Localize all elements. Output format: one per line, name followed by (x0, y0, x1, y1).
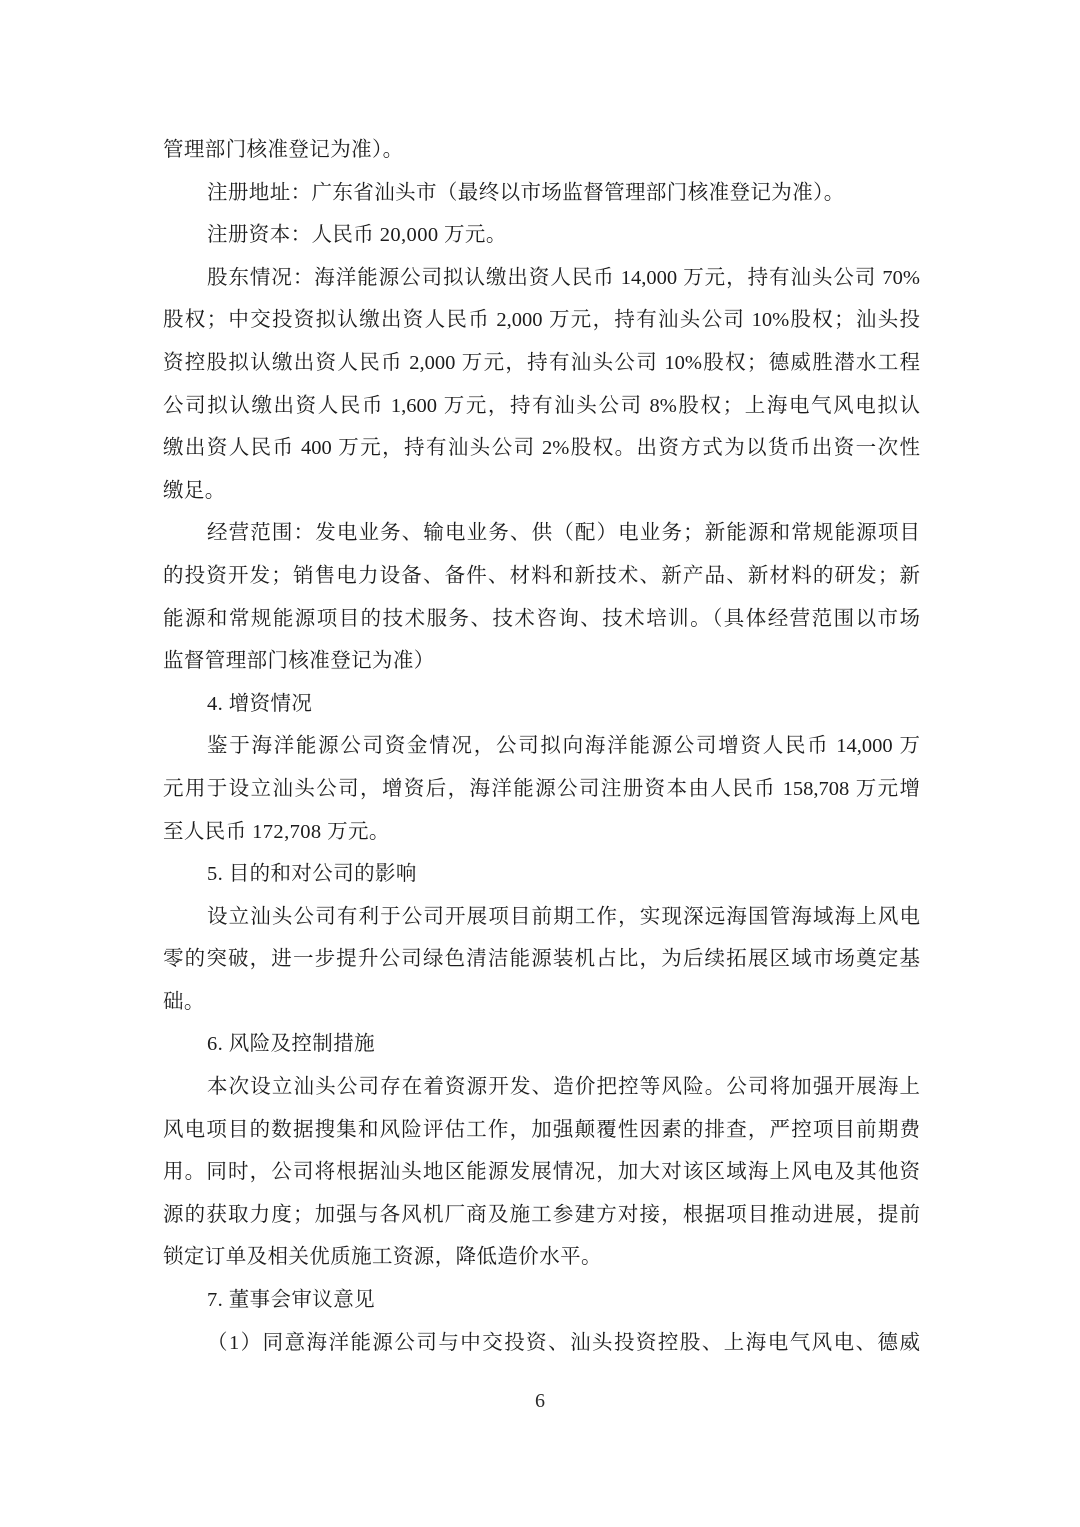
text-line: 6. 风险及控制措施 (163, 1023, 920, 1066)
text-line: 4. 增资情况 (163, 683, 920, 726)
text-line: 7. 董事会审议意见 (163, 1279, 920, 1322)
text-line: 设立汕头公司有利于公司开展项目前期工作，实现深远海国管海域海上风电 (163, 896, 920, 939)
document-body: 管理部门核准登记为准）。注册地址：广东省汕头市（最终以市场监督管理部门核准登记为… (163, 129, 920, 1364)
document-page: 管理部门核准登记为准）。注册地址：广东省汕头市（最终以市场监督管理部门核准登记为… (0, 0, 1080, 1527)
text-line: 本次设立汕头公司存在着资源开发、造价把控等风险。公司将加强开展海上 (163, 1066, 920, 1109)
text-line: 注册地址：广东省汕头市（最终以市场监督管理部门核准登记为准）。 (163, 172, 920, 215)
text-line: 零的突破，进一步提升公司绿色清洁能源装机占比，为后续拓展区域市场奠定基 (163, 938, 920, 981)
text-line: 元用于设立汕头公司，增资后，海洋能源公司注册资本由人民币 158,708 万元增 (163, 768, 920, 811)
text-line: 资控股拟认缴出资人民币 2,000 万元，持有汕头公司 10%股权；德威胜潜水工… (163, 342, 920, 385)
text-line: 础。 (163, 981, 920, 1024)
page-footer: 6 (0, 1390, 1080, 1413)
text-line: 锁定订单及相关优质施工资源，降低造价水平。 (163, 1236, 920, 1279)
text-line: 股东情况：海洋能源公司拟认缴出资人民币 14,000 万元，持有汕头公司 70% (163, 257, 920, 300)
text-line: 缴出资人民币 400 万元，持有汕头公司 2%股权。出资方式为以货币出资一次性 (163, 427, 920, 470)
text-line: 的投资开发；销售电力设备、备件、材料和新技术、新产品、新材料的研发；新 (163, 555, 920, 598)
text-line: 用。同时，公司将根据汕头地区能源发展情况，加大对该区域海上风电及其他资 (163, 1151, 920, 1194)
page-number: 6 (535, 1390, 545, 1412)
text-line: 至人民币 172,708 万元。 (163, 811, 920, 854)
text-line: 鉴于海洋能源公司资金情况，公司拟向海洋能源公司增资人民币 14,000 万 (163, 725, 920, 768)
text-line: 缴足。 (163, 470, 920, 513)
text-line: 5. 目的和对公司的影响 (163, 853, 920, 896)
text-line: 注册资本：人民币 20,000 万元。 (163, 214, 920, 257)
text-line: 管理部门核准登记为准）。 (163, 129, 920, 172)
text-line: （1）同意海洋能源公司与中交投资、汕头投资控股、上海电气风电、德威 (163, 1322, 920, 1365)
text-line: 公司拟认缴出资人民币 1,600 万元，持有汕头公司 8%股权；上海电气风电拟认 (163, 385, 920, 428)
text-line: 能源和常规能源项目的技术服务、技术咨询、技术培训。（具体经营范围以市场 (163, 598, 920, 641)
text-line: 经营范围：发电业务、输电业务、供（配）电业务；新能源和常规能源项目 (163, 512, 920, 555)
text-line: 监督管理部门核准登记为准） (163, 640, 920, 683)
text-line: 股权；中交投资拟认缴出资人民币 2,000 万元，持有汕头公司 10%股权；汕头… (163, 299, 920, 342)
text-line: 风电项目的数据搜集和风险评估工作，加强颠覆性因素的排查，严控项目前期费 (163, 1109, 920, 1152)
text-line: 源的获取力度；加强与各风机厂商及施工参建方对接，根据项目推动进展，提前 (163, 1194, 920, 1237)
